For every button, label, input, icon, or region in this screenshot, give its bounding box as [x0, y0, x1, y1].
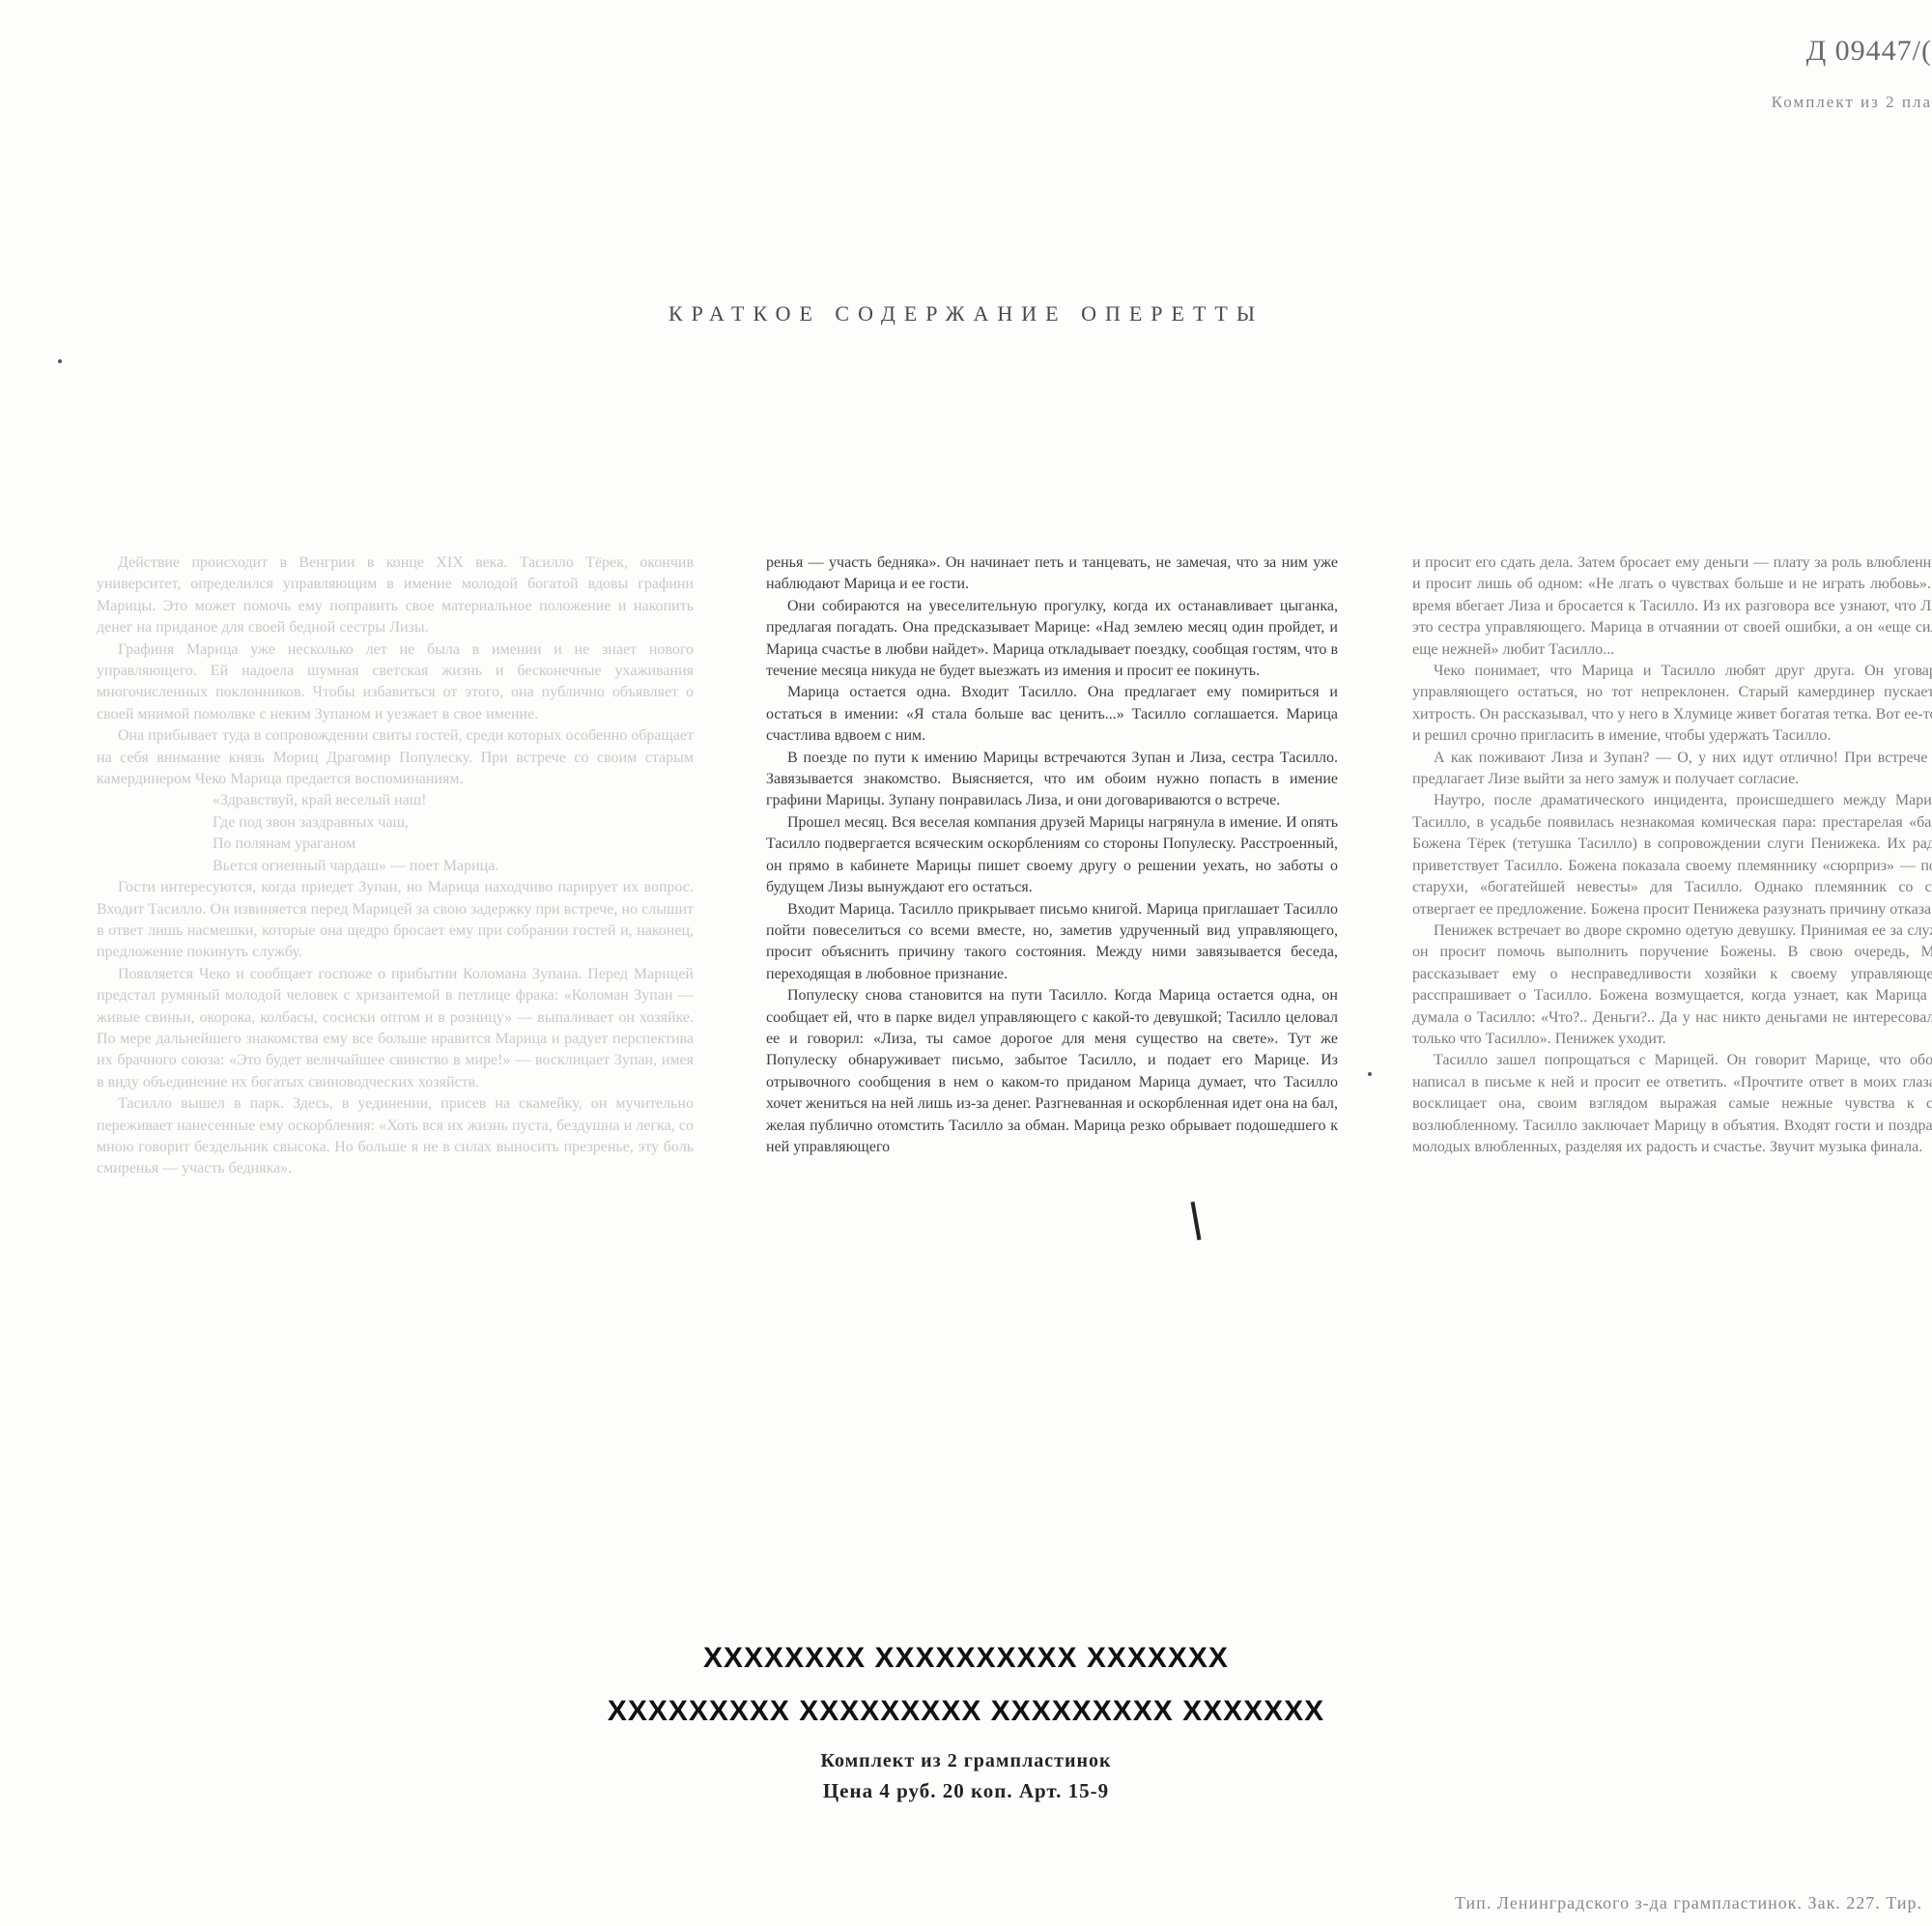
speck [1368, 1072, 1372, 1076]
paragraph: Чеко понимает, что Марица и Тасилло любя… [1412, 661, 1932, 748]
paragraph: Они собираются на увеселительную прогулк… [766, 596, 1338, 683]
column-1: Действие происходит в Венгрии в конце XI… [97, 552, 694, 1180]
crossed-out-line-2: XXXXXXXXX XXXXXXXXX XXXXXXXXX XXXXXXX [0, 1695, 1932, 1728]
paragraph: Графиня Марица уже несколько лет не была… [97, 639, 694, 726]
set-note: Комплект из 2 грампластинок [0, 1750, 1932, 1772]
paragraph: Гости интересуются, когда приедет Зупан,… [97, 877, 694, 964]
paragraph: Входит Марица. Тасилло прикрывает письмо… [766, 899, 1338, 986]
crossed-out-line-1: XXXXXXXX XXXXXXXXXX XXXXXXX [0, 1642, 1932, 1675]
pen-mark [1191, 1202, 1202, 1240]
paragraph: Пенижек встречает во дворе скромно одету… [1412, 921, 1932, 1050]
paragraph: В поезде по пути к имению Марицы встреча… [766, 748, 1338, 812]
paragraph: ренья — участь бедняка». Он начинает пет… [766, 552, 1338, 596]
paragraph: Действие происходит в Венгрии в конце XI… [97, 552, 694, 639]
paragraph: Наутро, после драматического инцидента, … [1412, 790, 1932, 920]
verse-line: По полянам ураганом [213, 834, 694, 855]
column-2: ренья — участь бедняка». Он начинает пет… [766, 552, 1338, 1158]
paragraph: и просит его сдать дела. Затем бросает е… [1412, 552, 1932, 661]
verse-line: Где под звон заздравных чаш, [213, 812, 694, 834]
verse-line: Вьется огненный чардаш» — поет Марица. [213, 856, 694, 877]
set-note-top: Комплект из 2 пла [1772, 93, 1932, 112]
printer-footer: Тип. Ленинградского з-да грампластинок. … [1455, 1893, 1922, 1913]
column-3: и просит его сдать дела. Затем бросает е… [1412, 552, 1932, 1158]
catalog-number: Д 09447/( [1806, 35, 1932, 68]
paragraph: Тасилло зашел попрощаться с Марицей. Он … [1412, 1050, 1932, 1158]
paragraph: Появляется Чеко и сообщает госпоже о при… [97, 964, 694, 1093]
paragraph: Прошел месяц. Вся веселая компания друзе… [766, 812, 1338, 899]
price: Цена 4 руб. 20 коп. Арт. 15-9 [0, 1779, 1932, 1803]
paragraph: Марица остается одна. Входит Тасилло. Он… [766, 682, 1338, 747]
paragraph: Она прибывает туда в сопровождении свиты… [97, 725, 694, 790]
paragraph: Тасилло вышел в парк. Здесь, в уединении… [97, 1093, 694, 1180]
speck [58, 359, 62, 363]
verse-line: «Здравствуй, край веселый наш! [213, 790, 694, 811]
page-title: КРАТКОЕ СОДЕРЖАНИЕ ОПЕРЕТТЫ [0, 301, 1932, 326]
paragraph: Популеску снова становится на пути Тасил… [766, 985, 1338, 1158]
paragraph: А как поживают Лиза и Зупан? — О, у них … [1412, 748, 1932, 791]
verse: «Здравствуй, край веселый наш! Где под з… [213, 790, 694, 877]
